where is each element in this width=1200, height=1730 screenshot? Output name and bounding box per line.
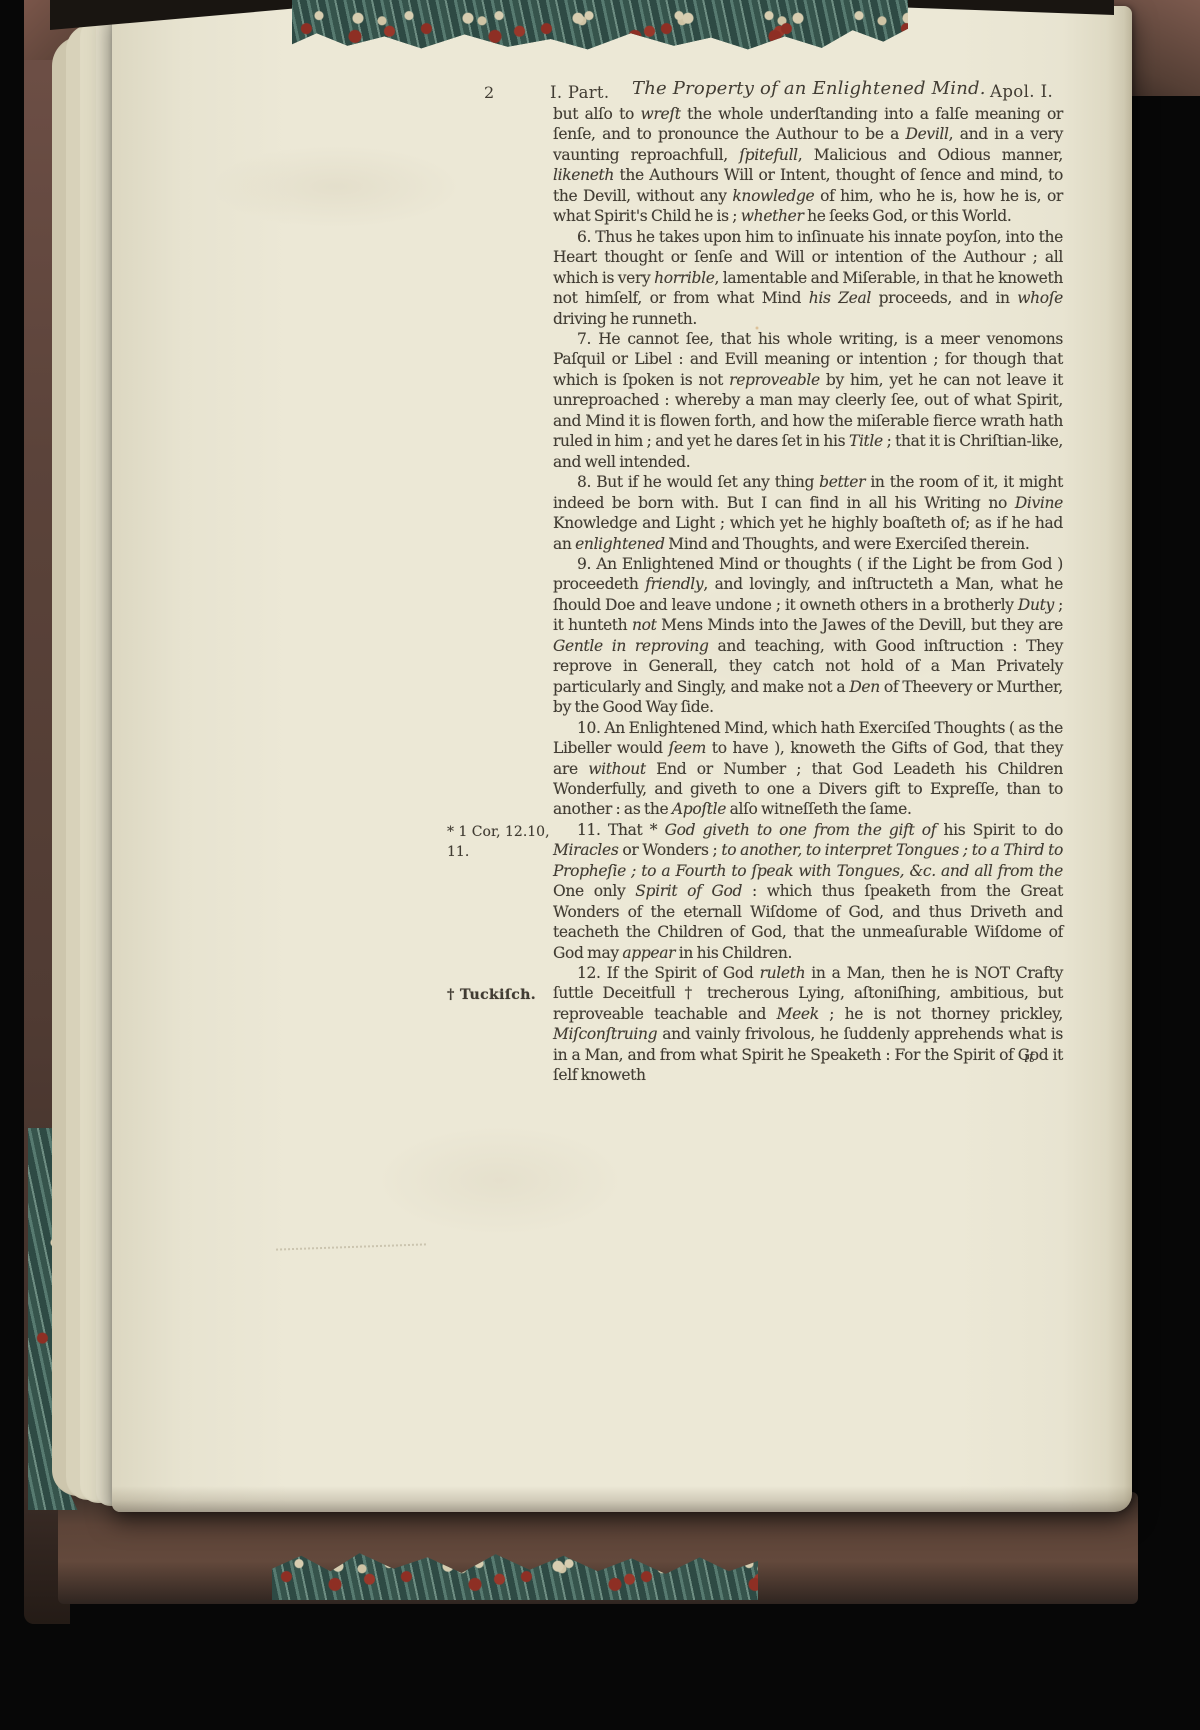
text-run: 11. That *: [577, 821, 665, 839]
margin-note: * 1 Cor, 12.10,11.: [447, 822, 545, 862]
text-run: he ſeeks God, or this World.: [804, 207, 1012, 225]
italic-text-run: better: [819, 473, 865, 491]
text-run: alſo witneſſeth the ſame.: [726, 800, 912, 818]
italic-text-run: enlightened: [575, 535, 665, 553]
text-run: proceeds, and in: [871, 289, 1017, 307]
book-photo: 2 I. Part. The Property of an Enlightene…: [0, 0, 1200, 1730]
italic-text-run: horrible: [654, 269, 714, 287]
italic-text-run: God giveth to one from the gift of: [665, 821, 937, 839]
text-run: 8. But if he would ſet any thing: [577, 473, 819, 491]
running-header-section: Apol. I.: [990, 82, 1053, 101]
italic-text-run: without: [588, 760, 646, 778]
text-run: in his Children.: [675, 944, 792, 962]
paragraph: 11. That * God giveth to one from the gi…: [553, 820, 1063, 963]
italic-text-run: wreſt: [641, 105, 681, 123]
italic-text-run: Den: [849, 678, 880, 696]
text-run: Mind and Thoughts, and were Exerciſed th…: [665, 535, 1030, 553]
italic-text-run: whoſe: [1017, 289, 1063, 307]
paragraph: 8. But if he would ſet any thing better …: [553, 472, 1063, 554]
italic-text-run: Divine: [1015, 494, 1063, 512]
italic-text-run: reproveable: [729, 371, 820, 389]
italic-text-run: ſpitefull: [739, 146, 798, 164]
italic-text-run: Title: [849, 432, 883, 450]
italic-text-run: Miracles: [553, 841, 618, 859]
paragraph: 6. Thus he takes upon him to inſinuate h…: [553, 227, 1063, 329]
italic-text-run: Gentle in reproving: [553, 637, 709, 655]
italic-text-run: his Zeal: [809, 289, 871, 307]
running-header-title: The Property of an Enlightened Mind.: [632, 78, 962, 99]
page-number: 2: [484, 83, 494, 102]
paragraph: 9. An Enlightened Mind or thoughts ( if …: [553, 554, 1063, 718]
italic-text-run: Miſconſtruing: [553, 1025, 657, 1043]
text-run: his Spirit to do: [936, 821, 1063, 839]
text-run: but alſo to: [553, 105, 641, 123]
italic-text-run: Spirit of God: [635, 882, 742, 900]
italic-text-run: likeneth: [553, 166, 614, 184]
italic-text-run: ſeem: [669, 739, 706, 757]
paragraph: 12. If the Spirit of God ruleth in a Man…: [553, 963, 1063, 1086]
italic-text-run: Apoſtle: [672, 800, 726, 818]
running-header-part: I. Part.: [550, 83, 609, 102]
text-run: 12. If the Spirit of God: [577, 964, 760, 982]
text-run: or Wonders ;: [618, 841, 721, 859]
catchword: it: [1024, 1048, 1035, 1066]
text-run: , Malicious and Odious manner,: [798, 146, 1063, 164]
book-page: 2 I. Part. The Property of an Enlightene…: [112, 6, 1132, 1512]
italic-text-run: knowledge: [732, 187, 814, 205]
text-run: Mens Minds into the Jawes of the Devill,…: [656, 616, 1063, 634]
italic-text-run: appear: [622, 944, 675, 962]
italic-text-run: whether: [741, 207, 804, 225]
text-run: ; he is not thorney prickley,: [819, 1005, 1063, 1023]
italic-text-run: Meek: [777, 1005, 819, 1023]
italic-text-run: friendly: [645, 575, 703, 593]
paragraph: but alſo to wreſt the whole underſtandin…: [553, 104, 1063, 227]
text-run: One only: [553, 882, 635, 900]
italic-text-run: ruleth: [760, 964, 806, 982]
paragraph: 7. He cannot ſee, that his whole writing…: [553, 329, 1063, 472]
text-run: driving he runneth.: [553, 310, 697, 328]
text-block: but alſo to wreſt the whole underſtandin…: [553, 104, 1063, 1086]
margin-note: † Tuckiſch.: [447, 985, 545, 1005]
italic-text-run: Duty: [1018, 596, 1054, 614]
italic-text-run: Devill: [906, 125, 949, 143]
paragraph: 10. An Enlightened Mind, which hath Exer…: [553, 718, 1063, 820]
italic-text-run: not: [632, 616, 657, 634]
